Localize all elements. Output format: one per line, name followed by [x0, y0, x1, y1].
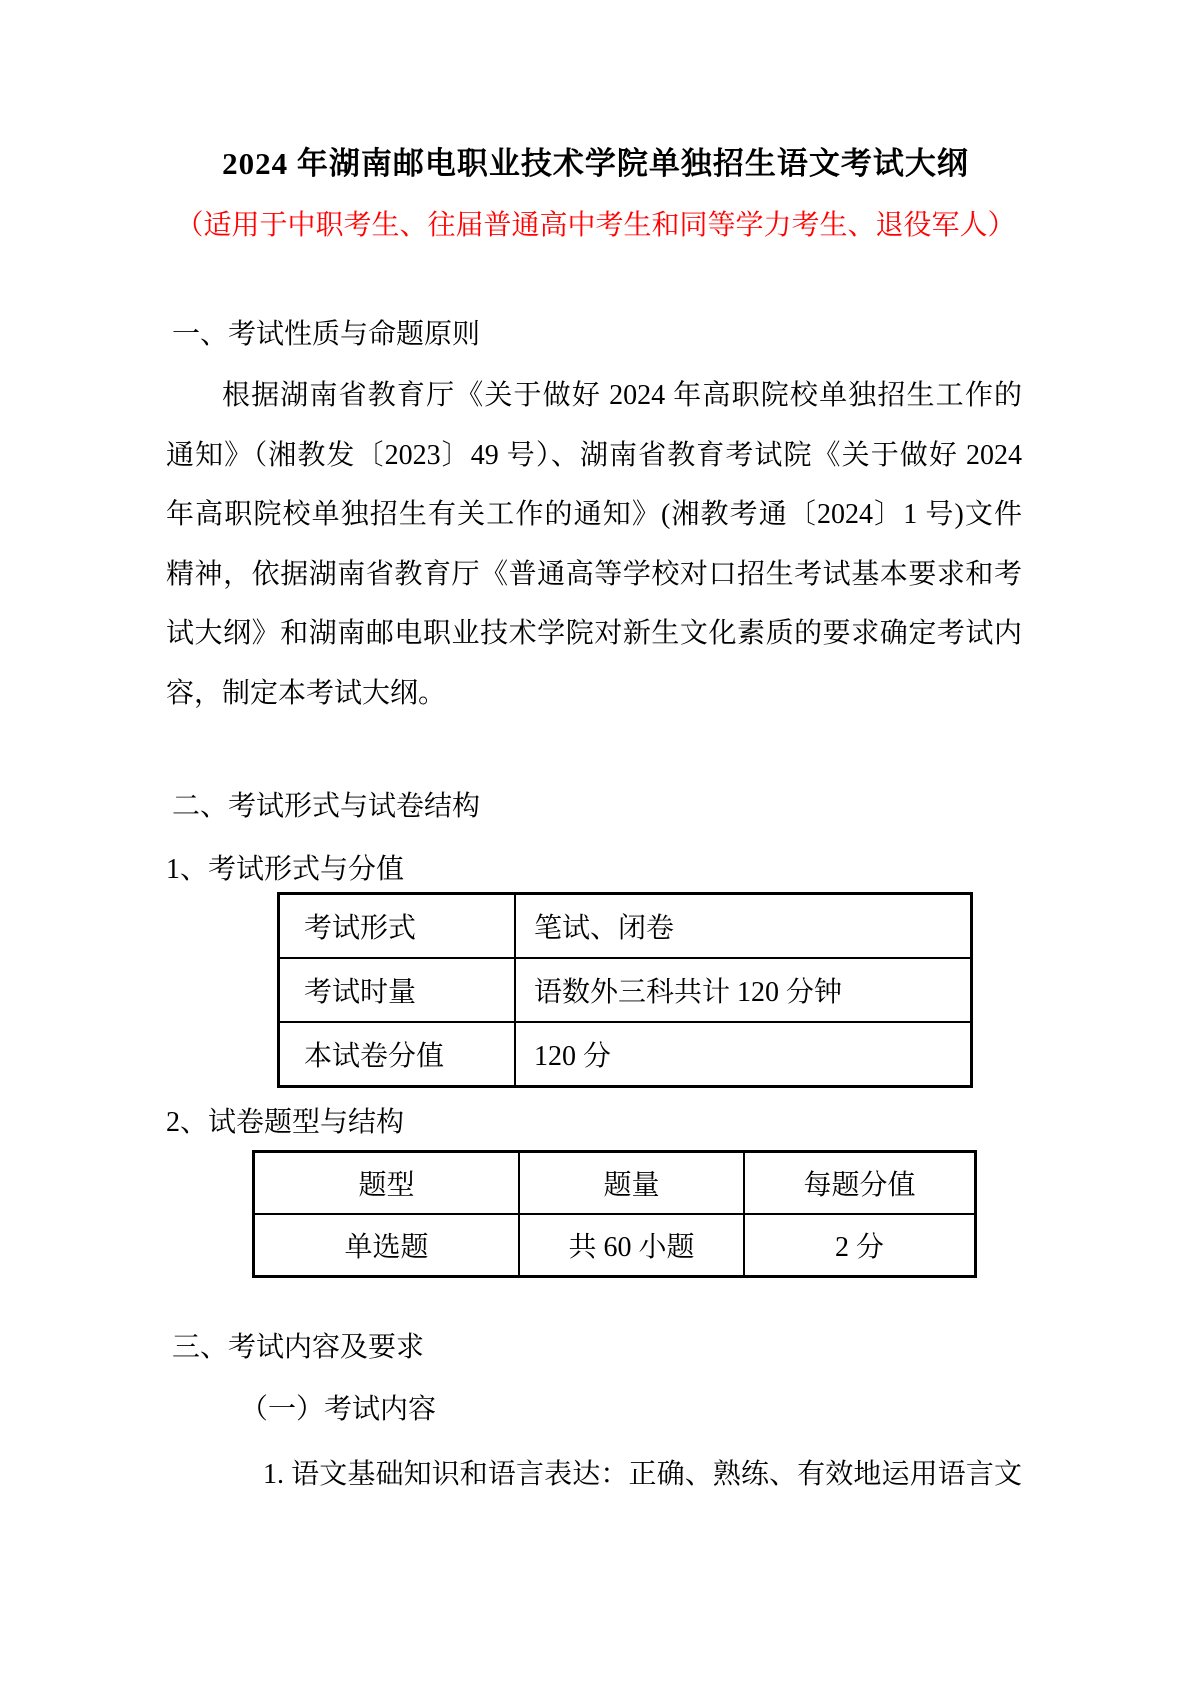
section-1-paragraph: 根据湖南省教育厅《关于做好 2024 年高职院校单独招生工作的 通知》（湘教发〔… — [166, 366, 1022, 723]
section-3-heading: 三、考试内容及要求 — [172, 1325, 424, 1365]
paragraph-line: 通知》（湘教发〔2023〕49 号）、湖南省教育考试院《关于做好 2024 — [166, 426, 1022, 486]
form-table-label: 考试形式 — [279, 894, 516, 959]
page-title: 2024 年湖南邮电职业技术学院单独招生语文考试大纲 — [0, 138, 1191, 183]
form-table-label: 本试卷分值 — [279, 1022, 516, 1087]
table-row: 本试卷分值 120 分 — [279, 1022, 972, 1087]
paragraph-line: 根据湖南省教育厅《关于做好 2024 年高职院校单独招生工作的 — [166, 366, 1022, 426]
structure-table-cell: 单选题 — [254, 1214, 520, 1277]
structure-table-cell: 共 60 小题 — [519, 1214, 744, 1277]
section-3-item-1: 1. 语文基础知识和语言表达：正确、熟练、有效地运用语言文 — [166, 1452, 1022, 1492]
form-table-label: 考试时量 — [279, 958, 516, 1022]
structure-table-header: 题型 — [254, 1152, 520, 1215]
section-1-heading: 一、考试性质与命题原则 — [172, 312, 480, 352]
paper-structure-table: 题型 题量 每题分值 单选题 共 60 小题 2 分 — [252, 1150, 977, 1278]
form-table-value: 笔试、闭卷 — [515, 894, 972, 959]
paragraph-line: 年高职院校单独招生有关工作的通知》(湘教考通〔2024〕1 号)文件 — [166, 485, 1022, 545]
page-subtitle: （适用于中职考生、往届普通高中考生和同等学力考生、退役军人） — [0, 203, 1191, 243]
table-row: 单选题 共 60 小题 2 分 — [254, 1214, 976, 1277]
paragraph-line: 精神，依据湖南省教育厅《普通高等学校对口招生考试基本要求和考 — [166, 545, 1022, 605]
form-table-value: 语数外三科共计 120 分钟 — [515, 958, 972, 1022]
form-table-value: 120 分 — [515, 1022, 972, 1087]
table-row: 考试形式 笔试、闭卷 — [279, 894, 972, 959]
structure-table-cell: 2 分 — [744, 1214, 976, 1277]
structure-table-header: 每题分值 — [744, 1152, 976, 1215]
table-row: 考试时量 语数外三科共计 120 分钟 — [279, 958, 972, 1022]
paragraph-line: 试大纲》和湖南邮电职业技术学院对新生文化素质的要求确定考试内 — [166, 604, 1022, 664]
document-page: 2024 年湖南邮电职业技术学院单独招生语文考试大纲 （适用于中职考生、往届普通… — [0, 0, 1191, 1684]
structure-table-header: 题量 — [519, 1152, 744, 1215]
section-2-sub1-heading: 1、考试形式与分值 — [166, 847, 404, 887]
section-3-sub-heading: （一）考试内容 — [240, 1387, 436, 1427]
table-header-row: 题型 题量 每题分值 — [254, 1152, 976, 1215]
paragraph-line: 容，制定本考试大纲。 — [166, 664, 1022, 724]
exam-form-table: 考试形式 笔试、闭卷 考试时量 语数外三科共计 120 分钟 本试卷分值 120… — [277, 892, 973, 1088]
section-2-heading: 二、考试形式与试卷结构 — [172, 784, 480, 824]
section-2-sub2-heading: 2、试卷题型与结构 — [166, 1100, 404, 1140]
